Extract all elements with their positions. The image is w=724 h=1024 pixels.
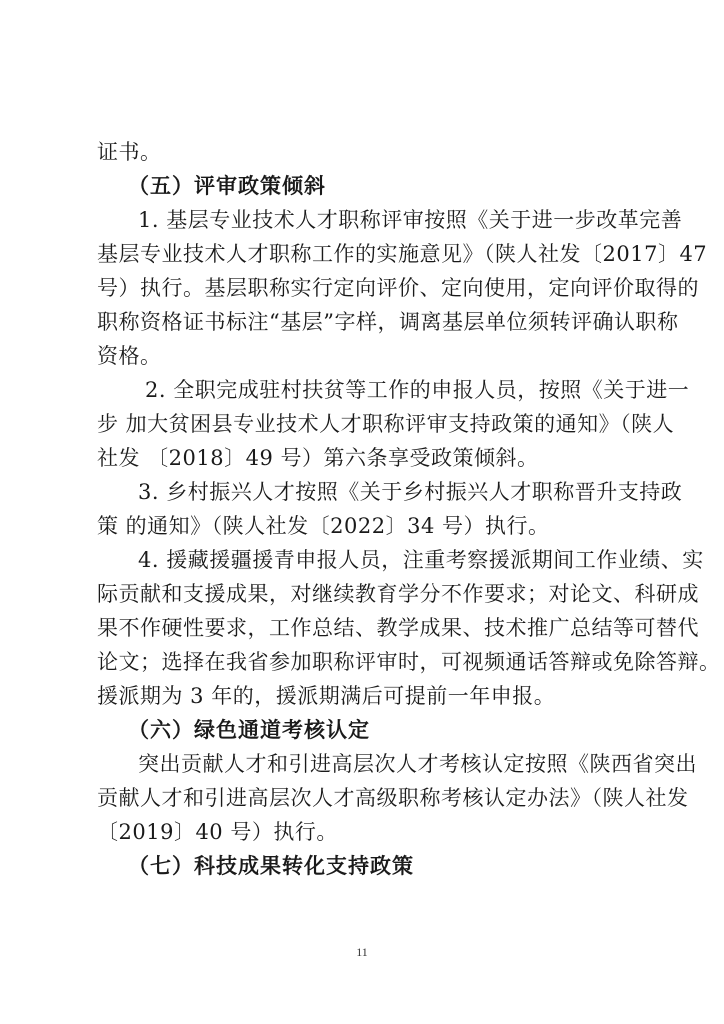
paragraph-line: 贡献人才和引进高层次人才高级职称考核认定办法》（陕人社发 (97, 783, 634, 813)
paragraph-line: 果不作硬性要求，工作总结、教学成果、技术推广总结等可替代 (97, 613, 634, 643)
paragraph-line: 〔2019〕40 号）执行。 (97, 817, 634, 847)
paragraph-line: 突出贡献人才和引进高层次人才考核认定按照《陕西省突出 (138, 749, 634, 779)
paragraph-line: 2. 全职完成驻村扶贫等工作的申报人员，按照《关于进一 (145, 375, 634, 405)
section-heading-6: （六）绿色通道考核认定 (128, 715, 665, 745)
page-number: 11 (0, 945, 724, 960)
paragraph-line: 基层专业技术人才职称工作的实施意见》（陕人社发〔2017〕47 (97, 239, 634, 269)
paragraph-line: 策 的通知》（陕人社发〔2022〕34 号）执行。 (97, 511, 634, 541)
paragraph-line: 步 加大贫困县专业技术人才职称评审支持政策的通知》（陕人 (97, 409, 634, 439)
paragraph-line: 资格。 (97, 341, 634, 371)
paragraph-line: 职称资格证书标注“基层”字样，调离基层单位须转评确认职称 (97, 307, 634, 337)
paragraph-line: 4. 援藏援疆援青申报人员，注重考察援派期间工作业绩、实 (138, 545, 634, 575)
paragraph-line: 证书。 (97, 137, 634, 167)
paragraph-line: 号）执行。基层职称实行定向评价、定向使用，定向评价取得的 (97, 273, 634, 303)
paragraph-line: 际贡献和支援成果，对继续教育学分不作要求；对论文、科研成 (97, 579, 634, 609)
paragraph-line: 1. 基层专业技术人才职称评审按照《关于进一步改革完善 (138, 205, 634, 235)
paragraph-line: 援派期为 3 年的，援派期满后可提前一年申报。 (97, 681, 634, 711)
section-heading-5: （五）评审政策倾斜 (128, 171, 665, 201)
paragraph-line: 论文；选择在我省参加职称评审时，可视频通话答辩或免除答辩。 (97, 647, 634, 677)
paragraph-line: 社发 〔2018〕49 号）第六条享受政策倾斜。 (97, 443, 634, 473)
paragraph-line: 3. 乡村振兴人才按照《关于乡村振兴人才职称晋升支持政 (138, 477, 634, 507)
section-heading-7: （七）科技成果转化支持政策 (128, 851, 665, 881)
document-page: 证书。 （五）评审政策倾斜 1. 基层专业技术人才职称评审按照《关于进一步改革完… (0, 0, 724, 1024)
